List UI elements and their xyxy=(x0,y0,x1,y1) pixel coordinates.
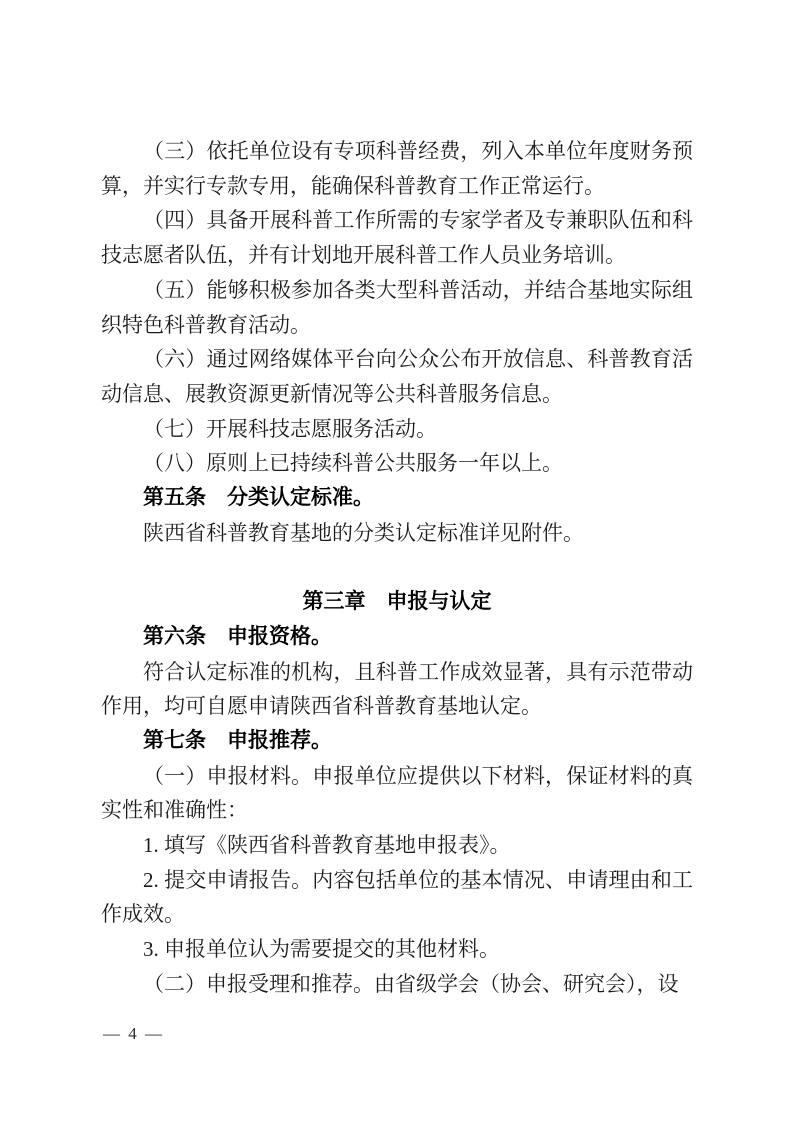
acceptance-recommendation-paragraph: （二）申报受理和推荐。由省级学会（协会、研究会），设 xyxy=(101,967,693,1002)
material-item-3: 3. 申报单位认为需要提交的其他材料。 xyxy=(101,932,693,967)
page-number: — 4 — xyxy=(103,1024,164,1044)
material-item-1: 1. 填写《陕西省科普教育基地申报表》。 xyxy=(101,828,693,863)
article-7-heading: 第七条 申报推荐。 xyxy=(101,724,693,759)
document-page: （三）依托单位设有专项科普经费，列入本单位年度财务预算，并实行专款专用，能确保科… xyxy=(0,0,794,1123)
clause-vi-media-info: （六）通过网络媒体平台向公众公布开放信息、科普教育活动信息、展教资源更新情况等公… xyxy=(101,342,693,411)
document-body: （三）依托单位设有专项科普经费，列入本单位年度财务预算，并实行专款专用，能确保科… xyxy=(101,134,693,1002)
clause-viii-duration: （八）原则上已持续科普公共服务一年以上。 xyxy=(101,446,693,481)
article-6-body: 符合认定标准的机构，且科普工作成效显著，具有示范带动作用，均可自愿申请陕西省科普… xyxy=(101,655,693,724)
article-6-heading: 第六条 申报资格。 xyxy=(101,620,693,655)
chapter-3-heading: 第三章 申报与认定 xyxy=(101,585,693,620)
clause-iv-personnel: （四）具备开展科普工作所需的专家学者及专兼职队伍和科技志愿者队伍，并有计划地开展… xyxy=(101,203,693,272)
application-materials-intro: （一）申报材料。申报单位应提供以下材料，保证材料的真实性和准确性： xyxy=(101,759,693,828)
clause-vii-volunteer: （七）开展科技志愿服务活动。 xyxy=(101,412,693,447)
material-item-2: 2. 提交申请报告。内容包括单位的基本情况、申请理由和工作成效。 xyxy=(101,863,693,932)
clause-v-activities: （五）能够积极参加各类大型科普活动，并结合基地实际组织特色科普教育活动。 xyxy=(101,273,693,342)
article-5-body: 陕西省科普教育基地的分类认定标准详见附件。 xyxy=(101,516,693,551)
article-5-heading: 第五条 分类认定标准。 xyxy=(101,481,693,516)
clause-iii-funding: （三）依托单位设有专项科普经费，列入本单位年度财务预算，并实行专款专用，能确保科… xyxy=(101,134,693,203)
